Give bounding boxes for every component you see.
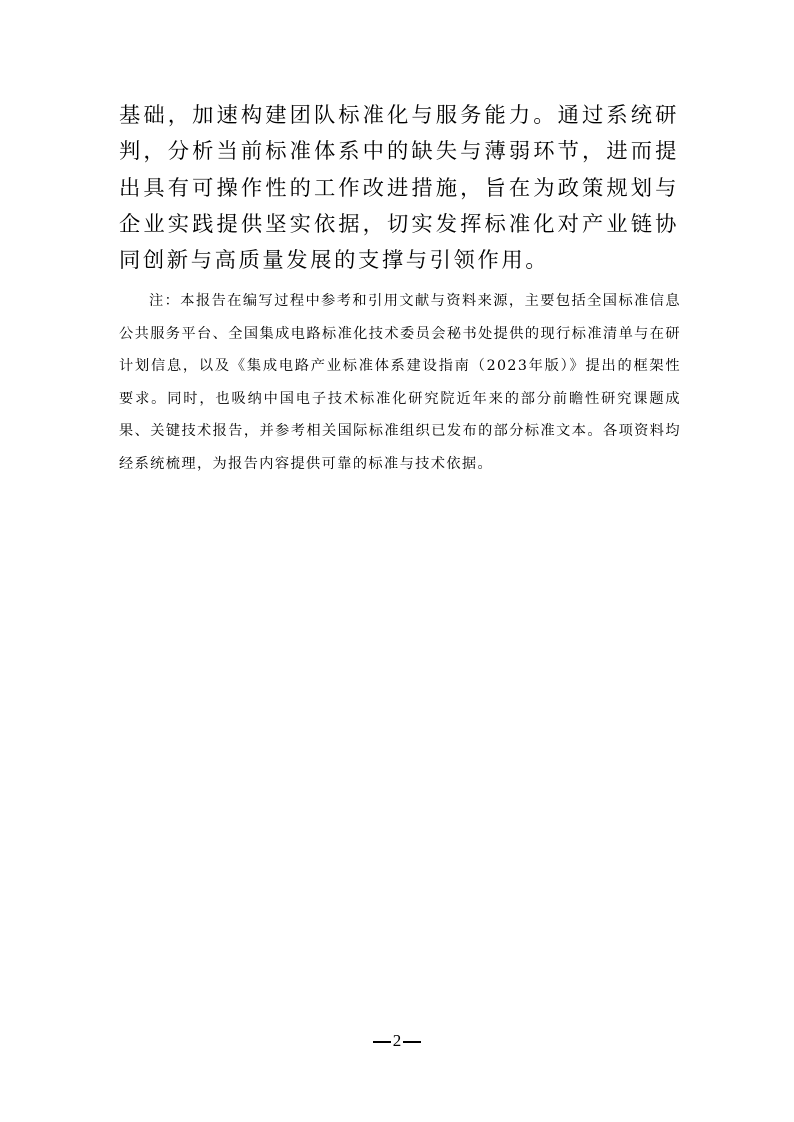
left-dash-decoration xyxy=(373,1041,391,1043)
document-page: 基础，加速构建团队标准化与服务能力。通过系统研判，分析当前标准体系中的缺失与薄弱… xyxy=(0,0,794,1122)
body-paragraph: 基础，加速构建团队标准化与服务能力。通过系统研判，分析当前标准体系中的缺失与薄弱… xyxy=(119,98,679,279)
page-footer: 2 xyxy=(0,1031,794,1051)
right-dash-decoration xyxy=(403,1041,421,1043)
page-number: 2 xyxy=(393,1031,402,1050)
note-paragraph: 注：本报告在编写过程中参考和引用文献与资料来源，主要包括全国标准信息公共服务平台… xyxy=(119,285,681,480)
